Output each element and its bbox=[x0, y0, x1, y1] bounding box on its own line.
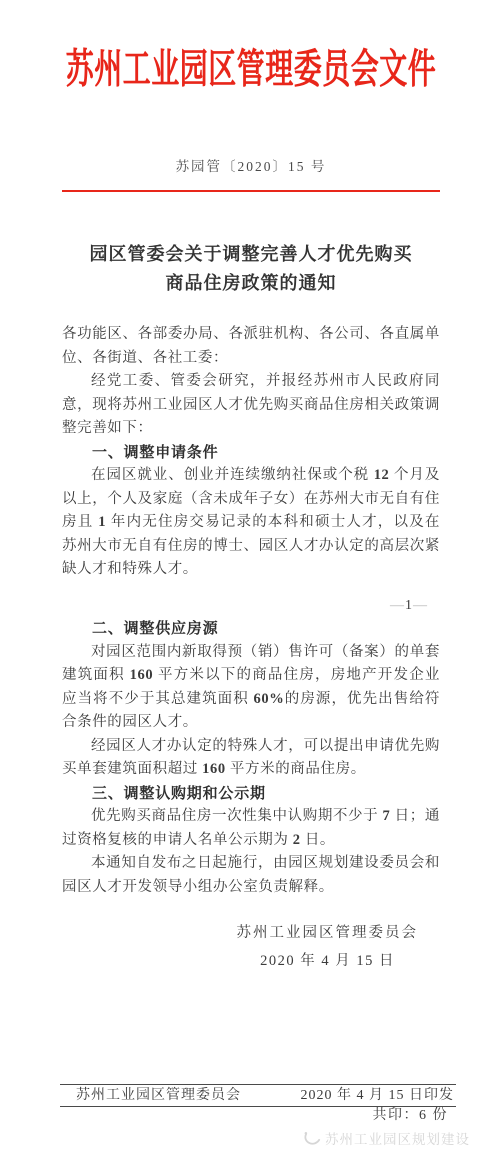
document-title: 园区管委会关于调整完善人才优先购买 商品住房政策的通知 bbox=[62, 240, 440, 298]
text-run: 年内无住房交易记录的本科和硕士人才，以及在苏州大市无自有住房的博士、园区人才办认… bbox=[62, 514, 440, 577]
body-paragraph: 经党工委、管委会研究，并报经苏州市人民政府同意，现将苏州工业园区人才优先购买商品… bbox=[62, 370, 440, 441]
section-heading: 一、调整申请条件 bbox=[62, 441, 440, 465]
watermark: 苏州工业园区规划建设 bbox=[303, 1128, 470, 1148]
document-masthead: 苏州工业园区管理委员会文件 bbox=[62, 29, 440, 113]
section-heading: 二、调整供应房源 bbox=[62, 617, 440, 641]
page-number-dash: — bbox=[390, 598, 405, 613]
page-number: —1— bbox=[62, 594, 440, 618]
body-paragraph: 对园区范围内新取得预（销）售许可（备案）的单套建筑面积 160 平方米以下的商品… bbox=[62, 641, 440, 735]
text-run: 在园区就业、创业并连续缴纳社保或个税 bbox=[91, 467, 374, 483]
signature-organization: 苏州工业园区管理委员会 bbox=[62, 922, 440, 946]
wechat-account-logo-icon bbox=[303, 1131, 321, 1146]
issuance-table: 苏州工业园区管理委员会 2020 年 4 月 15 日印发 bbox=[60, 1084, 456, 1107]
document-number: 苏园管〔2020〕15 号 bbox=[62, 157, 440, 177]
body-paragraph: 本通知自发布之日起施行，由园区规划建设委员会和园区人才开发领导小组办公室负责解释… bbox=[62, 852, 440, 899]
bold-number: 60% bbox=[254, 691, 285, 707]
body-paragraph: 在园区就业、创业并连续缴纳社保或个税 12 个月及以上，个人及家庭（含未成年子女… bbox=[62, 464, 440, 582]
issue-date: 2020 年 4 月 15 日印发 bbox=[301, 1086, 455, 1105]
bold-number: 12 bbox=[374, 467, 390, 483]
watermark-text: 苏州工业园区规划建设 bbox=[325, 1128, 470, 1148]
document-title-line-2: 商品住房政策的通知 bbox=[62, 269, 440, 298]
bold-number: 2 bbox=[293, 832, 301, 848]
text-run: 二、调整供应房源 bbox=[92, 620, 218, 637]
text-run: 各功能区、各部委办局、各派驻机构、各公司、各直属单位、各街道、各社工委： bbox=[62, 326, 440, 366]
section-heading: 三、调整认购期和公示期 bbox=[62, 782, 440, 806]
page-number-dash: — bbox=[413, 598, 428, 613]
page-number-value: 1 bbox=[405, 598, 413, 613]
red-divider-line bbox=[62, 190, 440, 192]
text-run: 平方米的商品住房。 bbox=[226, 761, 366, 777]
text-run: 优先购买商品住房一次性集中认购期不少于 bbox=[91, 808, 383, 824]
document-title-line-1: 园区管委会关于调整完善人才优先购买 bbox=[62, 240, 440, 269]
body-paragraph: 优先购买商品住房一次性集中认购期不少于 7 日；通过资格复核的申请人名单公示期为… bbox=[62, 805, 440, 852]
text-run: 本通知自发布之日起施行，由园区规划建设委员会和园区人才开发领导小组办公室负责解释… bbox=[62, 855, 440, 895]
document-body: 各功能区、各部委办局、各派驻机构、各公司、各直属单位、各街道、各社工委：经党工委… bbox=[62, 323, 440, 899]
text-run: 经党工委、管委会研究，并报经苏州市人民政府同意，现将苏州工业园区人才优先购买商品… bbox=[62, 373, 440, 436]
copies-count: 共印：6 份 bbox=[60, 1106, 456, 1125]
signature-date: 2020 年 4 月 15 日 bbox=[62, 950, 440, 974]
bold-number: 160 bbox=[130, 667, 154, 683]
bold-number: 160 bbox=[202, 761, 226, 777]
text-run: 一、调整申请条件 bbox=[92, 444, 218, 461]
bold-number: 1 bbox=[98, 514, 106, 530]
text-run: 三、调整认购期和公示期 bbox=[92, 785, 266, 802]
text-run: 日。 bbox=[301, 832, 335, 848]
issuer-name: 苏州工业园区管理委员会 bbox=[76, 1086, 241, 1105]
body-paragraph: 各功能区、各部委办局、各派驻机构、各公司、各直属单位、各街道、各社工委： bbox=[62, 323, 440, 370]
document-page: 苏州工业园区管理委员会文件 苏园管〔2020〕15 号 园区管委会关于调整完善人… bbox=[0, 0, 500, 1161]
body-paragraph: 经园区人才办认定的特殊人才，可以提出申请优先购买单套建筑面积超过 160 平方米… bbox=[62, 735, 440, 782]
issuance-row: 苏州工业园区管理委员会 2020 年 4 月 15 日印发 bbox=[60, 1085, 456, 1106]
